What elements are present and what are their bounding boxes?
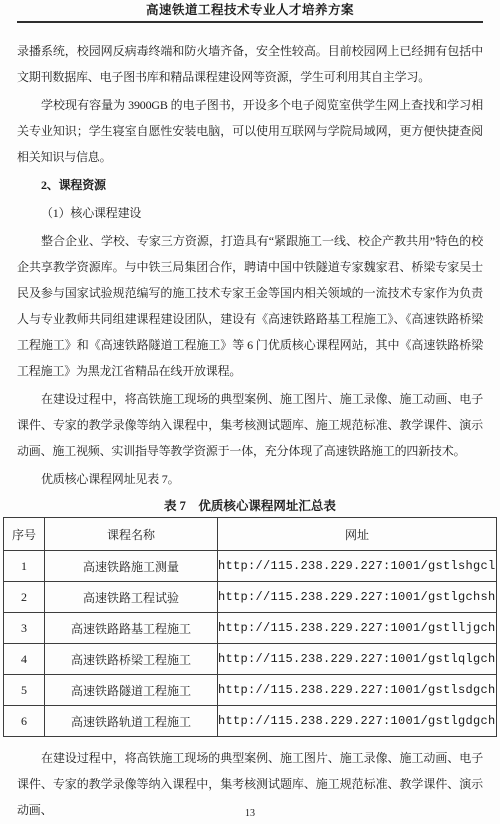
page-number: 13 [0,808,500,819]
course-name: 高速铁路桥梁工程施工 [45,644,218,675]
table-header-course-name: 课程名称 [45,518,218,551]
row-index: 2 [4,582,45,613]
course-url-table-body: 1 高速铁路施工测量 http://115.238.229.227:1001/g… [4,551,497,737]
course-url: http://115.238.229.227:1001/gstlqlgchshg… [218,644,497,675]
subsection-heading-core-course: （1）核心课程建设 [17,200,483,226]
course-url-table: 序号 课程名称 网址 1 高速铁路施工测量 http://115.238.229… [3,517,497,737]
course-url: http://115.238.229.227:1001/gstlljgchshg… [218,613,497,644]
page-header: 高速铁道工程技术专业人才培养方案 [0,0,500,23]
paragraph-course-construction: 在建设过程中，将高铁施工现场的典型案例、施工图片、施工录像、施工动画、电子课件、… [17,386,483,464]
paragraph-resource-integration: 整合企业、学校、专家三方资源，打造具有“紧跟施工一线、校企产教共用”特色的校企共… [17,228,483,384]
course-name: 高速铁路施工测量 [45,551,218,582]
section-heading-course-resources: 2、课程资源 [17,172,483,198]
course-name: 高速铁路轨道工程施工 [45,706,218,737]
row-index: 4 [4,644,45,675]
course-url: http://115.238.229.227:1001/gstlsdgchshg… [218,675,497,706]
document-page: 高速铁道工程技术专业人才培养方案 录播系统，校园网反病毒终端和防火墙齐备，安全性… [0,0,500,824]
table-header-index: 序号 [4,518,45,551]
document-header-title: 高速铁道工程技术专业人才培养方案 [0,0,500,18]
row-index: 3 [4,613,45,644]
course-url: http://115.238.229.227:1001/gstlgchshy/ [218,582,497,613]
table-row: 6 高速铁路轨道工程施工 http://115.238.229.227:1001… [4,706,497,737]
course-url: http://115.238.229.227:1001/gstlgdgchshg… [218,706,497,737]
table-caption: 表 7 优质核心课程网址汇总表 [0,498,500,514]
table-header-row: 序号 课程名称 网址 [4,518,497,551]
table-header-url: 网址 [218,518,497,551]
course-url: http://115.238.229.227:1001/gstlshgcl/ [218,551,497,582]
course-name: 高速铁路路基工程施工 [45,613,218,644]
table-row: 5 高速铁路隧道工程施工 http://115.238.229.227:1001… [4,675,497,706]
paragraph-table-reference: 优质核心课程网址见表 7。 [17,466,483,492]
paragraph-campus-network: 录播系统，校园网反病毒终端和防火墙齐备，安全性较高。目前校园网上已经拥有包括中文… [17,38,483,90]
table-row: 1 高速铁路施工测量 http://115.238.229.227:1001/g… [4,551,497,582]
document-body: 录播系统，校园网反病毒终端和防火墙齐备，安全性较高。目前校园网上已经拥有包括中文… [17,23,483,492]
table-row: 2 高速铁路工程试验 http://115.238.229.227:1001/g… [4,582,497,613]
paragraph-ebook-capacity: 学校现有容量为 3900GB 的电子图书，开设多个电子阅览室供学生网上查找和学习… [17,92,483,170]
row-index: 6 [4,706,45,737]
row-index: 5 [4,675,45,706]
course-name: 高速铁路工程试验 [45,582,218,613]
table-row: 4 高速铁路桥梁工程施工 http://115.238.229.227:1001… [4,644,497,675]
course-url-table-head: 序号 课程名称 网址 [4,518,497,551]
table-row: 3 高速铁路路基工程施工 http://115.238.229.227:1001… [4,613,497,644]
row-index: 1 [4,551,45,582]
course-name: 高速铁路隧道工程施工 [45,675,218,706]
